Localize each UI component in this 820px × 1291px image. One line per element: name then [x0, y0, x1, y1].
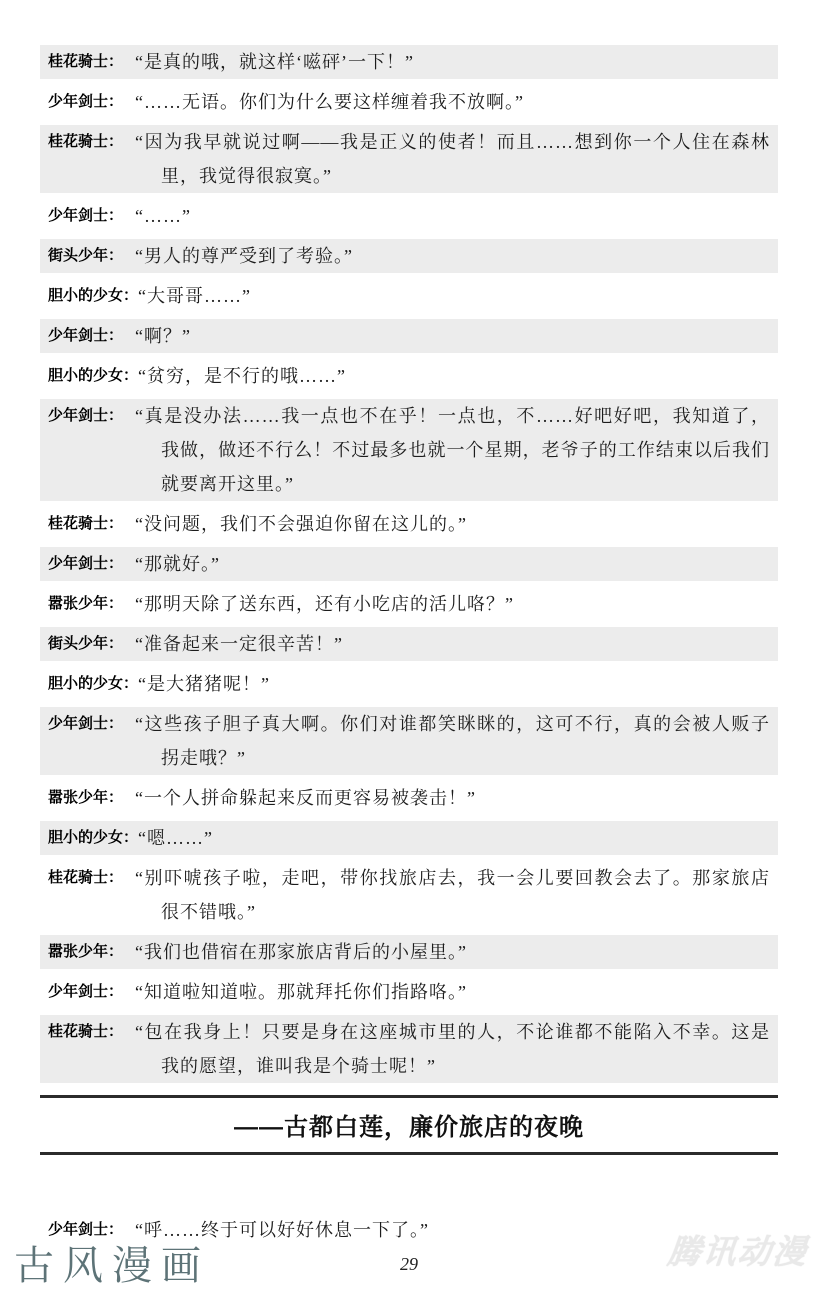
- speech-text: “包在我身上！只要是身在这座城市里的人，不论谁都不能陷入不幸。这是我的愿望，谁叫…: [135, 1015, 770, 1083]
- speech-text: “别吓唬孩子啦，走吧，带你找旅店去，我一会儿要回教会去了。那家旅店很不错哦。”: [135, 861, 770, 929]
- speaker-name: 桂花骑士：: [48, 45, 135, 79]
- dialogue-row: 嚣张少年： “我们也借宿在那家旅店背后的小屋里。”: [40, 935, 778, 969]
- speaker-name: 桂花骑士：: [48, 861, 135, 895]
- section-heading: ——古都白莲，廉价旅店的夜晚: [40, 1095, 778, 1155]
- speaker-name: 胆小的少女：: [48, 359, 138, 393]
- speech-text: “……无语。你们为什么要这样缠着我不放啊。”: [135, 85, 770, 119]
- dialogue-row: 街头少年： “准备起来一定很辛苦！”: [40, 627, 778, 661]
- speech-text: “大哥哥……”: [138, 279, 770, 313]
- speech-text: “因为我早就说过啊——我是正义的使者！而且……想到你一个人住在森林里，我觉得很寂…: [135, 125, 770, 193]
- speaker-name: 少年剑士：: [48, 319, 135, 353]
- speaker-name: 少年剑士：: [48, 85, 135, 119]
- dialogue-row: 少年剑士： “……无语。你们为什么要这样缠着我不放啊。”: [40, 85, 778, 119]
- dialogue-row: 街头少年： “男人的尊严受到了考验。”: [40, 239, 778, 273]
- speech-text: “是大猪猪呢！”: [138, 667, 770, 701]
- publisher-watermark: 腾讯动漫: [666, 1226, 811, 1273]
- speaker-name: 街头少年：: [48, 627, 135, 661]
- dialogue-row: 桂花骑士： “因为我早就说过啊——我是正义的使者！而且……想到你一个人住在森林里…: [40, 125, 778, 193]
- dialogue-row: 桂花骑士： “没问题，我们不会强迫你留在这儿的。”: [40, 507, 778, 541]
- dialogue-row: 胆小的少女： “是大猪猪呢！”: [40, 667, 778, 701]
- dialogue-row: 胆小的少女： “贫穷，是不行的哦……”: [40, 359, 778, 393]
- speaker-name: 嚣张少年：: [48, 587, 135, 621]
- speaker-name: 嚣张少年：: [48, 935, 135, 969]
- speaker-name: 胆小的少女：: [48, 279, 138, 313]
- speaker-name: 桂花骑士：: [48, 1015, 135, 1049]
- dialogue-row: 少年剑士： “这些孩子胆子真大啊。你们对谁都笑眯眯的，这可不行，真的会被人贩子拐…: [40, 707, 778, 775]
- dialogue-row: 少年剑士： “真是没办法……我一点也不在乎！一点也，不……好吧好吧，我知道了，我…: [40, 399, 778, 501]
- dialogue-list: 桂花骑士： “是真的哦，就这样‘嗞砰’一下！” 少年剑士： “……无语。你们为什…: [40, 45, 778, 1083]
- section-heading-text: ——古都白莲，廉价旅店的夜晚: [234, 1114, 584, 1141]
- speaker-name: 桂花骑士：: [48, 125, 135, 159]
- speech-text: “男人的尊严受到了考验。”: [135, 239, 770, 273]
- speech-text: “我们也借宿在那家旅店背后的小屋里。”: [135, 935, 770, 969]
- dialogue-row: 桂花骑士： “包在我身上！只要是身在这座城市里的人，不论谁都不能陷入不幸。这是我…: [40, 1015, 778, 1083]
- speaker-name: 少年剑士：: [48, 547, 135, 581]
- speech-text: “是真的哦，就这样‘嗞砰’一下！”: [135, 45, 770, 79]
- speaker-name: 胆小的少女：: [48, 667, 138, 701]
- dialogue-row: 嚣张少年： “那明天除了送东西，还有小吃店的活儿咯？”: [40, 587, 778, 621]
- speaker-name: 少年剑士：: [48, 399, 135, 433]
- dialogue-row: 少年剑士： “啊？”: [40, 319, 778, 353]
- speech-text: “准备起来一定很辛苦！”: [135, 627, 770, 661]
- speaker-name: 少年剑士：: [48, 975, 135, 1009]
- speech-text: “贫穷，是不行的哦……”: [138, 359, 770, 393]
- speaker-name: 桂花骑士：: [48, 507, 135, 541]
- dialogue-row: 胆小的少女： “大哥哥……”: [40, 279, 778, 313]
- speech-text: “……”: [135, 199, 770, 233]
- dialogue-row: 嚣张少年： “一个人拼命躲起来反而更容易被袭击！”: [40, 781, 778, 815]
- speaker-name: 胆小的少女：: [48, 821, 138, 855]
- dialogue-row: 桂花骑士： “是真的哦，就这样‘嗞砰’一下！”: [40, 45, 778, 79]
- page-content: 桂花骑士： “是真的哦，就这样‘嗞砰’一下！” 少年剑士： “……无语。你们为什…: [40, 45, 778, 1253]
- speaker-name: 少年剑士：: [48, 199, 135, 233]
- speech-text: “知道啦知道啦。那就拜托你们指路咯。”: [135, 975, 770, 1009]
- speech-text: “啊？”: [135, 319, 770, 353]
- speech-text: “这些孩子胆子真大啊。你们对谁都笑眯眯的，这可不行，真的会被人贩子拐走哦？”: [135, 707, 770, 775]
- dialogue-row: 胆小的少女： “嗯……”: [40, 821, 778, 855]
- speech-text: “一个人拼命躲起来反而更容易被袭击！”: [135, 781, 770, 815]
- speech-text: “那明天除了送东西，还有小吃店的活儿咯？”: [135, 587, 770, 621]
- script-page: 桂花骑士： “是真的哦，就这样‘嗞砰’一下！” 少年剑士： “……无语。你们为什…: [0, 0, 820, 1291]
- dialogue-row: 桂花骑士： “别吓唬孩子啦，走吧，带你找旅店去，我一会儿要回教会去了。那家旅店很…: [40, 861, 778, 929]
- speech-text: “真是没办法……我一点也不在乎！一点也，不……好吧好吧，我知道了，我做，做还不行…: [135, 399, 770, 501]
- speech-text: “没问题，我们不会强迫你留在这儿的。”: [135, 507, 770, 541]
- speaker-name: 少年剑士：: [48, 707, 135, 741]
- dialogue-row: 少年剑士： “……”: [40, 199, 778, 233]
- speech-text: “那就好。”: [135, 547, 770, 581]
- speaker-name: 街头少年：: [48, 239, 135, 273]
- speech-text: “嗯……”: [138, 821, 770, 855]
- speaker-name: 嚣张少年：: [48, 781, 135, 815]
- dialogue-row: 少年剑士： “那就好。”: [40, 547, 778, 581]
- dialogue-row: 少年剑士： “知道啦知道啦。那就拜托你们指路咯。”: [40, 975, 778, 1009]
